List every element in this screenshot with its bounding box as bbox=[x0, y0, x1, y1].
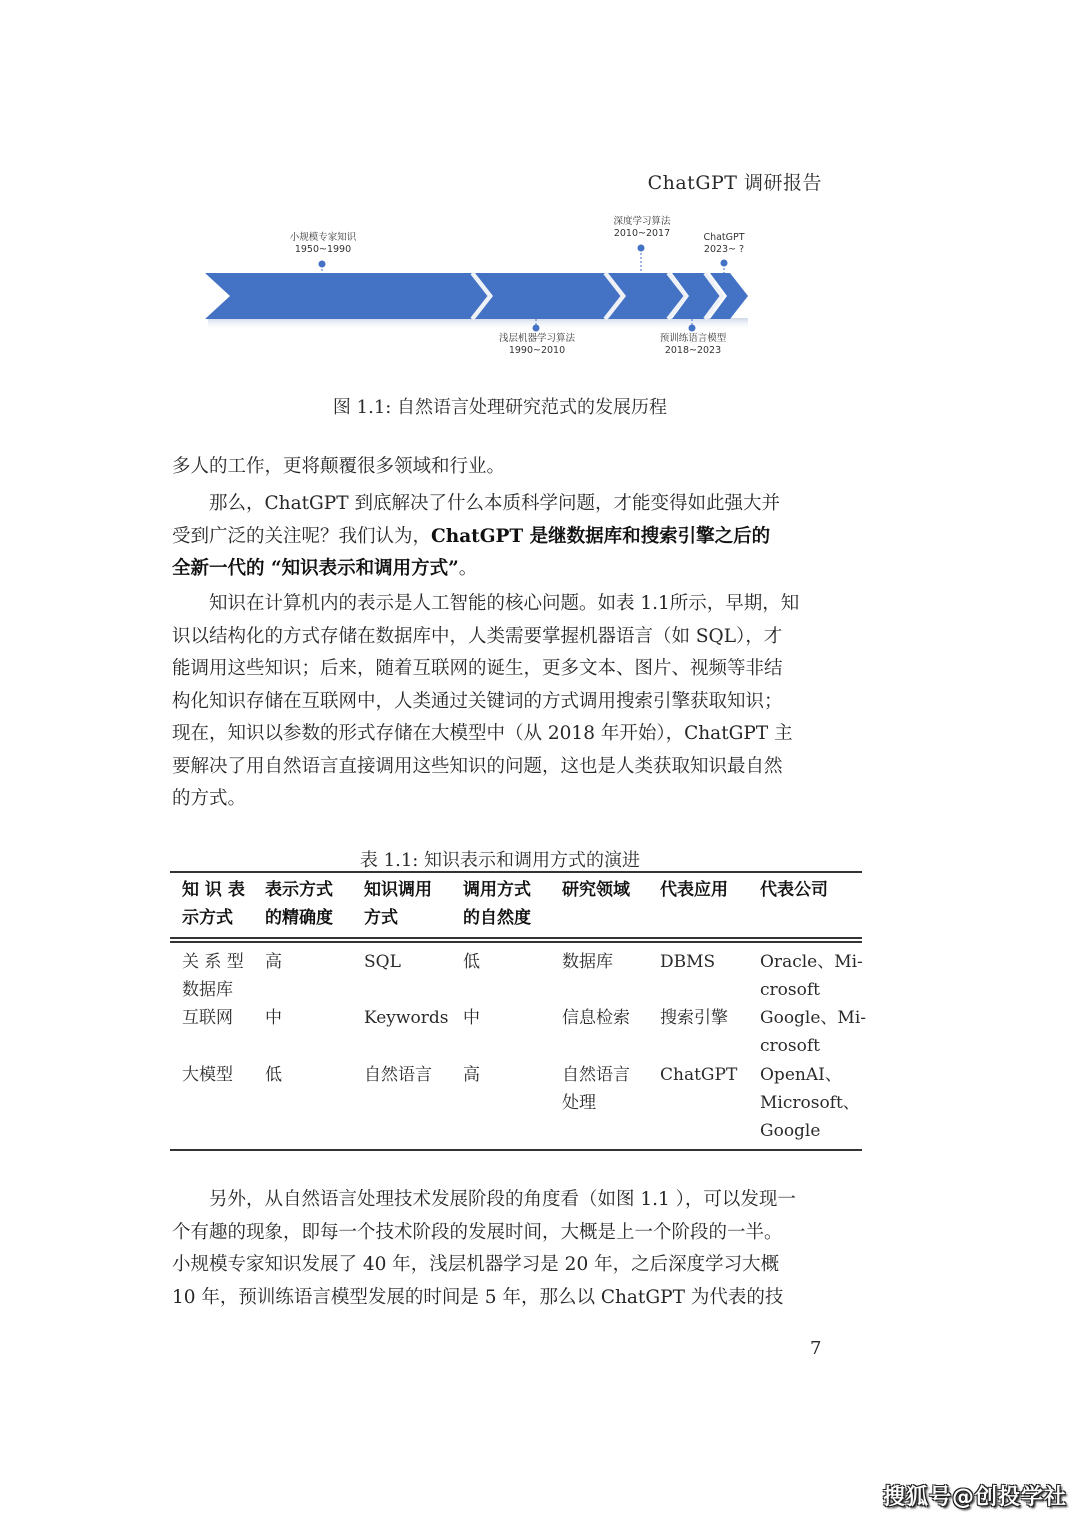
text-span: 。 bbox=[459, 558, 478, 579]
stage-name: 小规模专家知识 bbox=[290, 232, 357, 244]
stage-arrow-1 bbox=[205, 273, 490, 319]
stage-label-3: 深度学习算法 2010~2017 bbox=[613, 216, 670, 240]
table-cell: ChatGPT bbox=[660, 1061, 737, 1089]
text-line: 个有趣的现象，即每一个技术阶段的发展时间，大概是上一个阶段的一半。 bbox=[172, 1217, 824, 1250]
stage-label-5: ChatGPT 2023~ ? bbox=[703, 232, 744, 256]
header-cell: 研究领域 bbox=[562, 876, 630, 904]
paragraph-1: 多人的工作，更将颠覆很多领域和行业。 bbox=[172, 451, 824, 484]
table-cell: 大模型 bbox=[182, 1061, 233, 1089]
stage-name: 深度学习算法 bbox=[613, 216, 670, 228]
stage-name: 浅层机器学习算法 bbox=[499, 333, 575, 345]
table-cell: 搜索引擎 bbox=[660, 1004, 728, 1032]
running-header: ChatGPT 调研报告 bbox=[648, 168, 822, 195]
table-cell: 低 bbox=[265, 1061, 282, 1089]
stage-name: ChatGPT bbox=[703, 232, 744, 244]
table-cell: Keywords bbox=[364, 1004, 448, 1032]
table-cell: 信息检索 bbox=[562, 1004, 630, 1032]
table-caption: 表 1.1: 知识表示和调用方式的演进 bbox=[0, 846, 1000, 872]
text-line: 要解决了用自然语言直接调用这些知识的问题，这也是人类获取知识最自然 bbox=[172, 751, 824, 784]
text-line: 全新一代的 “知识表示和调用方式”。 bbox=[172, 553, 824, 586]
stage-years: 2023~ ? bbox=[703, 244, 744, 256]
table-cell: 数据库 bbox=[562, 948, 613, 976]
stage-years: 1950~1990 bbox=[290, 244, 357, 256]
table-cell: 自然语言 bbox=[364, 1061, 432, 1089]
table-cell: 高 bbox=[265, 948, 282, 976]
table-cell: 高 bbox=[463, 1061, 480, 1089]
bold-claim: ChatGPT 是继数据库和搜索引擎之后的 bbox=[431, 526, 770, 547]
table-cell: DBMS bbox=[660, 948, 715, 976]
text-line: 10 年，预训练语言模型发展的时间是 5 年，那么以 ChatGPT 为代表的技 bbox=[172, 1282, 824, 1315]
stage-label-4: 预训练语言模型 2018~2023 bbox=[660, 333, 727, 357]
text-line: 能调用这些知识；后来，随着互联网的诞生，更多文本、图片、视频等非结 bbox=[172, 653, 824, 686]
text-line: 小规模专家知识发展了 40 年，浅层机器学习是 20 年，之后深度学习大概 bbox=[172, 1249, 824, 1282]
text-line: 现在，知识以参数的形式存储在大模型中（从 2018 年开始），ChatGPT 主 bbox=[172, 718, 824, 751]
text-line: 识以结构化的方式存储在数据库中，人类需要掌握机器语言（如 SQL），才 bbox=[172, 621, 824, 654]
header-cell: 知识调用方式 bbox=[364, 876, 432, 932]
stage-years: 1990~2010 bbox=[499, 345, 575, 357]
stage-name: 预训练语言模型 bbox=[660, 333, 727, 345]
paragraph-2: 那么，ChatGPT 到底解决了什么本质科学问题，才能变得如此强大并 受到广泛的… bbox=[172, 488, 824, 586]
figure-caption: 图 1.1: 自然语言处理研究范式的发展历程 bbox=[0, 393, 1000, 419]
text-line: 构化知识存储在互联网中，人类通过关键词的方式调用搜索引擎获取知识； bbox=[172, 686, 824, 719]
page-number: 7 bbox=[810, 1338, 821, 1359]
text-line: 多人的工作，更将颠覆很多领域和行业。 bbox=[172, 451, 824, 484]
paragraph-3: 知识在计算机内的表示是人工智能的核心问题。如表 1.1所示，早期，知 识以结构化… bbox=[172, 588, 824, 816]
text-line: 那么，ChatGPT 到底解决了什么本质科学问题，才能变得如此强大并 bbox=[172, 488, 824, 521]
header-cell: 知 识 表示方式 bbox=[182, 876, 245, 932]
timeline-figure: 小规模专家知识 1950~1990 浅层机器学习算法 1990~2010 深度学… bbox=[200, 225, 760, 360]
text-line: 知识在计算机内的表示是人工智能的核心问题。如表 1.1所示，早期，知 bbox=[172, 588, 824, 621]
stage-label-1: 小规模专家知识 1950~1990 bbox=[290, 232, 357, 256]
table-cell: OpenAI、Microsoft、Google bbox=[760, 1061, 860, 1145]
table-cell: 中 bbox=[265, 1004, 282, 1032]
text-span: 受到广泛的关注呢？我们认为， bbox=[172, 526, 431, 547]
bold-claim: 全新一代的 “知识表示和调用方式” bbox=[172, 558, 459, 579]
paragraph-4: 另外，从自然语言处理技术发展阶段的角度看（如图 1.1 ），可以发现一 个有趣的… bbox=[172, 1184, 824, 1314]
table-cell: 关 系 型数据库 bbox=[182, 948, 244, 1004]
header-cell: 代表公司 bbox=[760, 876, 828, 904]
table-cell: 低 bbox=[463, 948, 480, 976]
header-cell: 代表应用 bbox=[660, 876, 728, 904]
text-line: 受到广泛的关注呢？我们认为，ChatGPT 是继数据库和搜索引擎之后的 bbox=[172, 521, 824, 554]
table-cell: SQL bbox=[364, 948, 401, 976]
table-cell: Google、Mi-crosoft bbox=[760, 1004, 866, 1060]
table-cell: Oracle、Mi-crosoft bbox=[760, 948, 863, 1004]
header-cell: 表示方式的精确度 bbox=[265, 876, 333, 932]
table-cell: 中 bbox=[463, 1004, 480, 1032]
source-watermark: 搜狐号@创投学社 bbox=[883, 1480, 1067, 1511]
stage-label-2: 浅层机器学习算法 1990~2010 bbox=[499, 333, 575, 357]
text-line: 另外，从自然语言处理技术发展阶段的角度看（如图 1.1 ），可以发现一 bbox=[172, 1184, 824, 1217]
text-line: 的方式。 bbox=[172, 783, 824, 816]
stage-years: 2010~2017 bbox=[613, 228, 670, 240]
table-top-rule bbox=[170, 871, 862, 873]
stage-arrow-2 bbox=[475, 273, 623, 319]
table-header-rule bbox=[170, 937, 862, 939]
table-cell: 自然语言处理 bbox=[562, 1061, 630, 1117]
table-cell: 互联网 bbox=[182, 1004, 233, 1032]
stage-years: 2018~2023 bbox=[660, 345, 727, 357]
table-bottom-rule bbox=[170, 1149, 862, 1151]
table-header-rule bbox=[170, 941, 862, 943]
header-cell: 调用方式的自然度 bbox=[463, 876, 531, 932]
